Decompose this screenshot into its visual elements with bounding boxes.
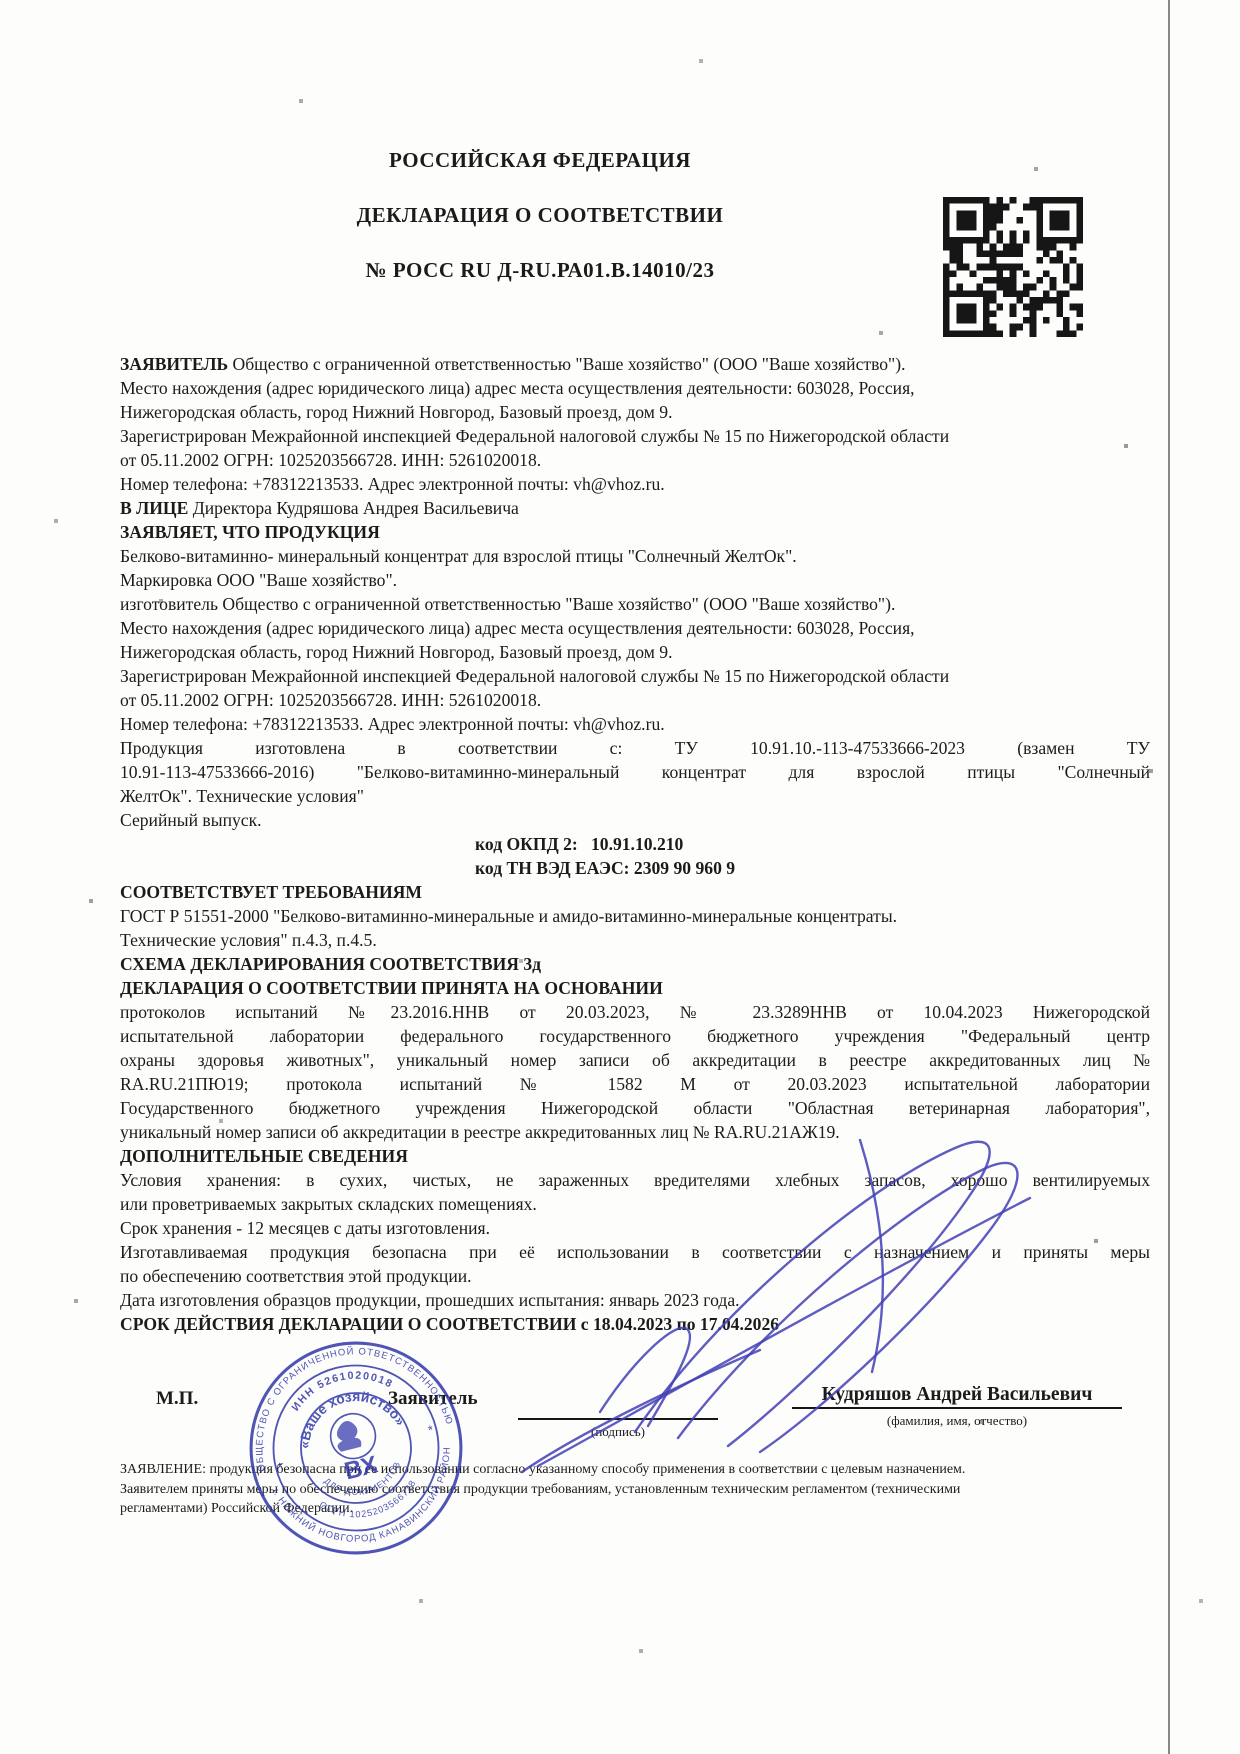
signature-stroke (860, 1140, 883, 1372)
body-line: Номер телефона: +78312213533. Адрес элек… (120, 712, 1150, 736)
signature-stroke (600, 1328, 690, 1426)
signature-stroke (538, 1198, 1030, 1466)
body-line: Место нахождения (адрес юридического лиц… (120, 376, 1150, 400)
body-line: Технические условия" п.4.3, п.4.5. (120, 928, 1150, 952)
document-title: ДЕКЛАРАЦИЯ О СООТВЕТСТВИИ (140, 203, 940, 228)
stamp-logo-letters: ВХ (342, 1451, 381, 1485)
body-line: Место нахождения (адрес юридического лиц… (120, 616, 1150, 640)
body-line: Зарегистрирован Межрайонной инспекцией Ф… (120, 424, 1150, 448)
document-number: № РОСС RU Д-RU.РА01.В.14010/23 (140, 258, 940, 283)
body-line: Зарегистрирован Межрайонной инспекцией Ф… (120, 664, 1150, 688)
body-line: Белково-витаминно- минеральный концентра… (120, 544, 1150, 568)
document-header: РОССИЙСКАЯ ФЕДЕРАЦИЯ ДЕКЛАРАЦИЯ О СООТВЕ… (140, 148, 940, 283)
body-line: СХЕМА ДЕКЛАРИРОВАНИЯ СООТВЕТСТВИЯ 3д (120, 952, 1150, 976)
body-line: испытательной лаборатории федерального г… (120, 1024, 1150, 1048)
country-title: РОССИЙСКАЯ ФЕДЕРАЦИЯ (140, 148, 940, 173)
body-line: ГОСТ Р 51551-2000 "Белково-витаминно-мин… (120, 904, 1150, 928)
body-line: СООТВЕТСТВУЕТ ТРЕБОВАНИЯМ (120, 880, 1150, 904)
svg-text:ОБЩЕСТВО С ОГРАНИЧЕННОЙ ОТВЕТС: ОБЩЕСТВО С ОГРАНИЧЕННОЙ ОТВЕТСТВЕННОСТЬЮ (246, 1338, 455, 1473)
stamp-ring1-top-text: ОБЩЕСТВО С ОГРАНИЧЕННОЙ ОТВЕТСТВЕННОСТЬЮ (246, 1338, 455, 1473)
body-line: ЗАЯВЛЯЕТ, ЧТО ПРОДУКЦИЯ (120, 520, 1150, 544)
body-line: Маркировка ООО "Ваше хозяйство". (120, 568, 1150, 592)
stamp-place-label: М.П. (156, 1388, 198, 1410)
body-line: ЗАЯВИТЕЛЬ Общество с ограниченной ответс… (120, 352, 1150, 376)
stamp-rooster-logo-icon (332, 1419, 362, 1452)
body-line: Нижегородская область, город Нижний Новг… (120, 640, 1150, 664)
body-line: Нижегородская область, город Нижний Новг… (120, 400, 1150, 424)
body-line: охраны здоровья животных", уникальный но… (120, 1048, 1150, 1072)
body-line: ДЕКЛАРАЦИЯ О СООТВЕТСТВИИ ПРИНЯТА НА ОСН… (120, 976, 1150, 1000)
qr-code-icon (943, 197, 1083, 337)
body-line: 10.91-113-47533666-2016) "Белково-витами… (120, 760, 1150, 784)
body-line: изготовитель Общество с ограниченной отв… (120, 592, 1150, 616)
signature-stroke (522, 1350, 760, 1472)
signature-stroke (678, 1163, 1017, 1452)
body-line: код ОКПД 2: 10.91.10.210 (475, 832, 1150, 856)
body-line: код ТН ВЭД ЕАЭС: 2309 90 960 9 (475, 856, 1150, 880)
scan-noise-specks (0, 0, 2, 2)
body-line: Номер телефона: +78312213533. Адрес элек… (120, 472, 1150, 496)
body-line: В ЛИЦЕ Директора Кудряшова Андрея Василь… (120, 496, 1150, 520)
handwritten-signature (430, 1080, 1100, 1480)
body-line: ЖелтОк". Технические условия" (120, 784, 1150, 808)
body-line: от 05.11.2002 ОГРН: 1025203566728. ИНН: … (120, 688, 1150, 712)
body-line: от 05.11.2002 ОГРН: 1025203566728. ИНН: … (120, 448, 1150, 472)
body-line: протоколов испытаний №23.2016.ННВ от 20.… (120, 1000, 1150, 1024)
declaration-document: РОССИЙСКАЯ ФЕДЕРАЦИЯ ДЕКЛАРАЦИЯ О СООТВЕ… (0, 0, 1240, 1754)
scan-edge-line (1168, 0, 1170, 1754)
body-line: Продукция изготовлена в соответствии с: … (120, 736, 1150, 760)
body-line: Серийный выпуск. (120, 808, 1150, 832)
